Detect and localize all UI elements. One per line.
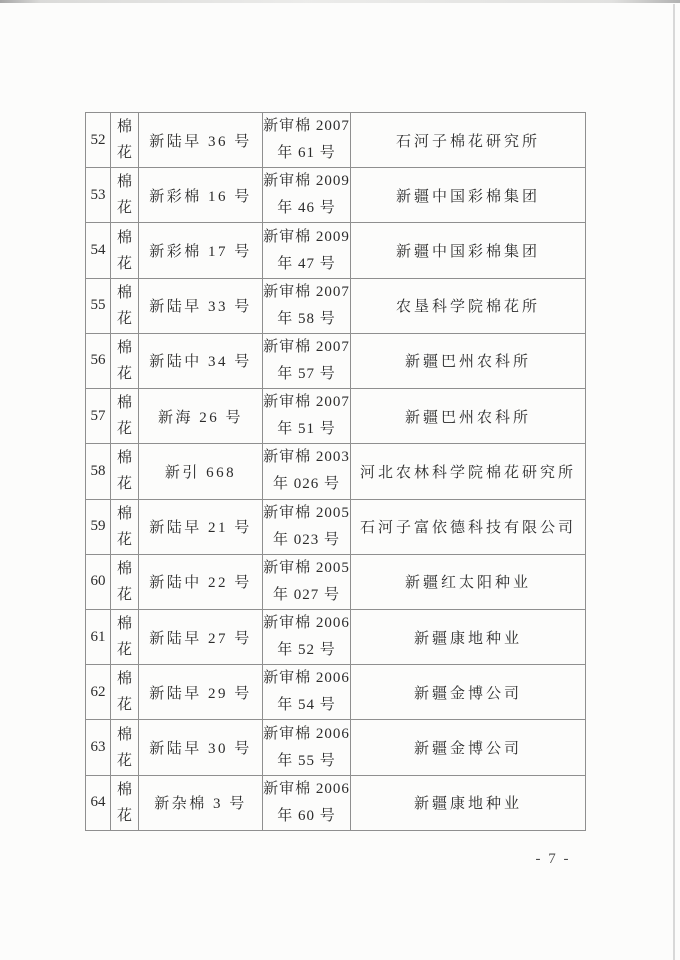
variety-approval-table: 52 棉 花 新陆早 36 号 新审棉 2007 年 61 号 石河子棉花研究所… [85,112,586,831]
table-row: 57 棉 花 新海 26 号 新审棉 2007 年 51 号 新疆巴州农科所 [86,389,586,444]
crop-type-cell: 棉 花 [111,720,139,775]
table-row: 59 棉 花 新陆早 21 号 新审棉 2005 年 023 号 石河子富依德科… [86,499,586,554]
crop-type-cell: 棉 花 [111,444,139,499]
crop-type-cell: 棉 花 [111,665,139,720]
scanned-document: { "table": { "rows": [ { "no": "52", "cr… [0,0,680,960]
variety-name-cell: 新引 668 [139,444,263,499]
approval-number-cell: 新审棉 2009 年 47 号 [263,223,351,278]
breeding-organization-cell: 新疆金博公司 [351,720,586,775]
variety-name-cell: 新陆早 27 号 [139,609,263,664]
variety-name-cell: 新陆中 34 号 [139,333,263,388]
variety-name-cell: 新杂棉 3 号 [139,775,263,830]
row-number-cell: 62 [86,665,111,720]
approval-number-cell: 新审棉 2005 年 027 号 [263,554,351,609]
breeding-organization-cell: 石河子富依德科技有限公司 [351,499,586,554]
table-row: 60 棉 花 新陆中 22 号 新审棉 2005 年 027 号 新疆红太阳种业 [86,554,586,609]
scan-artifact-right-edge [673,4,675,960]
crop-type-cell: 棉 花 [111,389,139,444]
variety-name-cell: 新彩棉 16 号 [139,168,263,223]
row-number-cell: 59 [86,499,111,554]
approval-number-cell: 新审棉 2006 年 60 号 [263,775,351,830]
crop-type-cell: 棉 花 [111,168,139,223]
breeding-organization-cell: 新疆金博公司 [351,665,586,720]
approval-number-cell: 新审棉 2007 年 58 号 [263,278,351,333]
approval-number-cell: 新审棉 2006 年 54 号 [263,665,351,720]
variety-name-cell: 新海 26 号 [139,389,263,444]
table-row: 63 棉 花 新陆早 30 号 新审棉 2006 年 55 号 新疆金博公司 [86,720,586,775]
breeding-organization-cell: 新疆巴州农科所 [351,389,586,444]
row-number-cell: 57 [86,389,111,444]
crop-type-cell: 棉 花 [111,554,139,609]
breeding-organization-cell: 新疆巴州农科所 [351,333,586,388]
approval-number-cell: 新审棉 2007 年 61 号 [263,113,351,168]
row-number-cell: 55 [86,278,111,333]
crop-type-cell: 棉 花 [111,775,139,830]
row-number-cell: 60 [86,554,111,609]
table-row: 61 棉 花 新陆早 27 号 新审棉 2006 年 52 号 新疆康地种业 [86,609,586,664]
variety-name-cell: 新陆早 33 号 [139,278,263,333]
crop-type-cell: 棉 花 [111,609,139,664]
variety-name-cell: 新陆早 29 号 [139,665,263,720]
approval-number-cell: 新审棉 2007 年 51 号 [263,389,351,444]
crop-type-cell: 棉 花 [111,223,139,278]
table-row: 56 棉 花 新陆中 34 号 新审棉 2007 年 57 号 新疆巴州农科所 [86,333,586,388]
variety-name-cell: 新陆中 22 号 [139,554,263,609]
row-number-cell: 64 [86,775,111,830]
breeding-organization-cell: 新疆中国彩棉集团 [351,223,586,278]
crop-type-cell: 棉 花 [111,499,139,554]
approval-number-cell: 新审棉 2006 年 55 号 [263,720,351,775]
breeding-organization-cell: 农垦科学院棉花所 [351,278,586,333]
table-row: 55 棉 花 新陆早 33 号 新审棉 2007 年 58 号 农垦科学院棉花所 [86,278,586,333]
row-number-cell: 63 [86,720,111,775]
crop-type-cell: 棉 花 [111,278,139,333]
row-number-cell: 56 [86,333,111,388]
table-row: 58 棉 花 新引 668 新审棉 2003 年 026 号 河北农林科学院棉花… [86,444,586,499]
table-row: 52 棉 花 新陆早 36 号 新审棉 2007 年 61 号 石河子棉花研究所 [86,113,586,168]
approval-number-cell: 新审棉 2009 年 46 号 [263,168,351,223]
approval-number-cell: 新审棉 2003 年 026 号 [263,444,351,499]
variety-name-cell: 新彩棉 17 号 [139,223,263,278]
crop-type-cell: 棉 花 [111,113,139,168]
table-row: 64 棉 花 新杂棉 3 号 新审棉 2006 年 60 号 新疆康地种业 [86,775,586,830]
approval-number-cell: 新审棉 2007 年 57 号 [263,333,351,388]
row-number-cell: 52 [86,113,111,168]
variety-name-cell: 新陆早 21 号 [139,499,263,554]
row-number-cell: 54 [86,223,111,278]
breeding-organization-cell: 河北农林科学院棉花研究所 [351,444,586,499]
breeding-organization-cell: 新疆康地种业 [351,609,586,664]
row-number-cell: 58 [86,444,111,499]
breeding-organization-cell: 石河子棉花研究所 [351,113,586,168]
approval-number-cell: 新审棉 2006 年 52 号 [263,609,351,664]
breeding-organization-cell: 新疆康地种业 [351,775,586,830]
approval-number-cell: 新审棉 2005 年 023 号 [263,499,351,554]
breeding-organization-cell: 新疆中国彩棉集团 [351,168,586,223]
page-number: - 7 - [513,851,593,868]
table-row: 54 棉 花 新彩棉 17 号 新审棉 2009 年 47 号 新疆中国彩棉集团 [86,223,586,278]
row-number-cell: 53 [86,168,111,223]
row-number-cell: 61 [86,609,111,664]
breeding-organization-cell: 新疆红太阳种业 [351,554,586,609]
scan-artifact-top-edge [0,0,680,3]
table-row: 53 棉 花 新彩棉 16 号 新审棉 2009 年 46 号 新疆中国彩棉集团 [86,168,586,223]
variety-name-cell: 新陆早 30 号 [139,720,263,775]
variety-name-cell: 新陆早 36 号 [139,113,263,168]
crop-type-cell: 棉 花 [111,333,139,388]
table-row: 62 棉 花 新陆早 29 号 新审棉 2006 年 54 号 新疆金博公司 [86,665,586,720]
document-page: 52 棉 花 新陆早 36 号 新审棉 2007 年 61 号 石河子棉花研究所… [0,0,680,960]
table-body: 52 棉 花 新陆早 36 号 新审棉 2007 年 61 号 石河子棉花研究所… [86,113,586,831]
